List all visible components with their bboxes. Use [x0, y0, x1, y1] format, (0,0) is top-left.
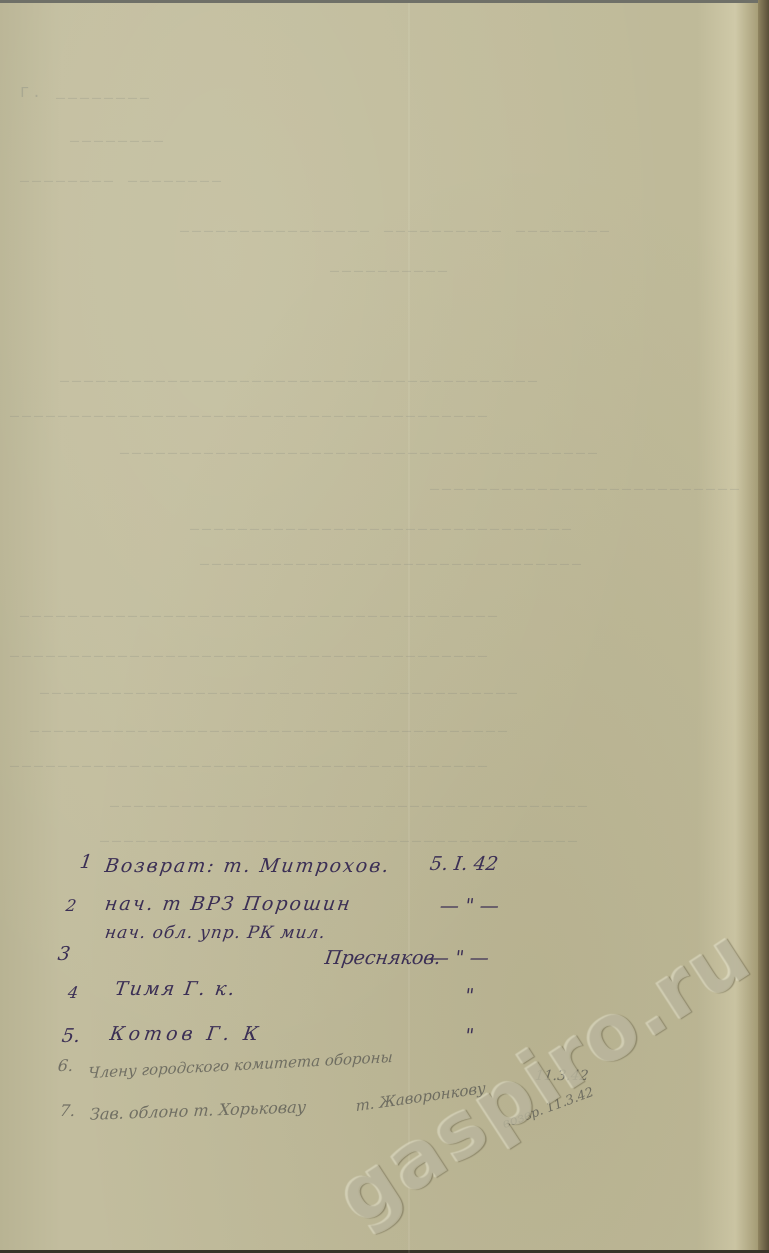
list-item-date: "	[463, 1025, 475, 1047]
page-edge-shadow	[758, 0, 769, 1250]
bleed-line: ________________________________________	[10, 403, 490, 420]
list-item-date: — " —	[428, 947, 490, 969]
bleed-line: __________________________	[430, 476, 742, 493]
bleed-line: ________________ __________ ________	[180, 218, 612, 235]
bleed-line: ________________________________	[190, 516, 574, 533]
list-item-number: 1	[78, 851, 93, 873]
bleed-line: ________________________________	[200, 551, 584, 568]
list-item-number: 5.	[60, 1025, 81, 1047]
list-item-date: 5. I. 42	[428, 853, 499, 875]
bleed-line: ________________________________________	[10, 753, 490, 770]
list-item-date: "	[463, 985, 475, 1007]
bleed-line: Г. ________	[20, 85, 152, 102]
document-page: Г. ________ ________ ________ ________ _…	[0, 3, 758, 1250]
bleed-line: ________________________________________	[20, 603, 500, 620]
list-item-date: — " —	[438, 895, 500, 917]
bleed-line: ________________________________________	[40, 680, 520, 697]
bleed-line: ________________________________________	[30, 718, 510, 735]
list-item-number: 2	[65, 896, 78, 915]
list-item-number: 3	[56, 943, 71, 965]
list-item-text-2: Пресняков.	[323, 947, 442, 969]
list-item-text: Возврат: т. Митрохов.	[103, 855, 392, 877]
bleed-line: __________	[330, 258, 450, 275]
bleed-line: ________________________________________	[100, 828, 580, 845]
list-item-text: нач. обл. упр. РК мил.	[104, 923, 328, 943]
list-item-number: 4	[67, 983, 80, 1002]
bleed-line: ________________________________________	[10, 643, 490, 660]
list-item-text: Котов Г. К	[108, 1023, 263, 1045]
bleed-line: ________________________________________	[120, 440, 600, 457]
list-item-text: Тимя Г. к.	[113, 978, 237, 1000]
bleed-line: ________________________________________	[110, 793, 590, 810]
paper-fold	[408, 3, 410, 1250]
bleed-line: ________________________________________	[60, 368, 540, 385]
list-item-text: Зав. облоно т. Хорьковау	[89, 1097, 306, 1124]
list-item-text: нач. т ВРЗ Порошин	[103, 893, 353, 915]
bleed-line: ________	[70, 128, 166, 145]
list-item-number: 7.	[59, 1101, 76, 1120]
list-item-number: 6.	[57, 1056, 74, 1075]
list-item-text: Члену городского комитета обороны	[88, 1048, 393, 1082]
bleed-line: ________ ________	[20, 168, 224, 185]
